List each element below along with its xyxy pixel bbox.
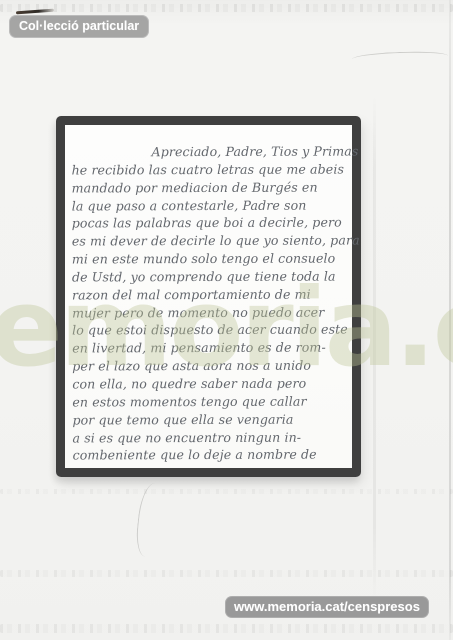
letter-line: mandado por mediacion de Burgés en — [72, 178, 347, 197]
letter-line: mujer pero de momento no puedo acer — [72, 303, 347, 322]
letter-line: en livertad, mi pensamiento es de rom- — [72, 339, 347, 358]
handwritten-letter: Apreciado, Padre, Tios y Primas he recib… — [64, 125, 352, 469]
letter-line: mi en este mundo solo tengo el consuelo — [72, 250, 347, 269]
scanned-page: memoria.cat Apreciado, Padre, Tios y Pri… — [0, 0, 453, 640]
paper-texture-middle — [0, 489, 453, 494]
letter-line: a si es que no encuentro ningun in- — [72, 428, 347, 447]
letter-line: lo que estoi dispuesto de acer cuando es… — [72, 321, 347, 340]
letter-line: pocas las palabras que boi a decirle, pe… — [72, 214, 347, 233]
letter-line: la que paso a contestarle, Padre son — [72, 196, 347, 215]
source-url-badge: www.memoria.cat/censpresos — [225, 596, 429, 618]
paper-texture-top — [0, 4, 453, 12]
paper-crease — [373, 95, 376, 600]
letter-line: de Ustd, yo comprendo que tiene toda la — [72, 267, 347, 286]
letter-line: combeniente que lo deje a nombre de — [73, 446, 348, 465]
scan-edge-line — [449, 0, 451, 640]
framed-letter-photo: Apreciado, Padre, Tios y Primas he recib… — [56, 116, 361, 477]
letter-line: en estos momentos tengo que callar — [72, 392, 347, 411]
letter-line: razon del mal comportamiento de mi — [72, 285, 347, 304]
paper-texture-bottom — [0, 624, 453, 633]
collection-label-badge: Col·lecció particular — [9, 15, 149, 38]
letter-line: per el lazo que asta aora nos a unido — [72, 357, 347, 376]
paper-scratch — [352, 50, 448, 64]
letter-line: por que temo que ella se vengaria — [72, 410, 347, 429]
letter-line: con ella, no quedre saber nada pero — [72, 374, 347, 393]
letter-line: es mi dever de decirle lo que yo siento,… — [72, 232, 347, 251]
letter-line: Apreciado, Padre, Tios y Primas — [71, 143, 346, 162]
paper-texture-lower — [0, 570, 453, 577]
letter-line: he recibido las cuatro letras que me abe… — [72, 160, 347, 179]
